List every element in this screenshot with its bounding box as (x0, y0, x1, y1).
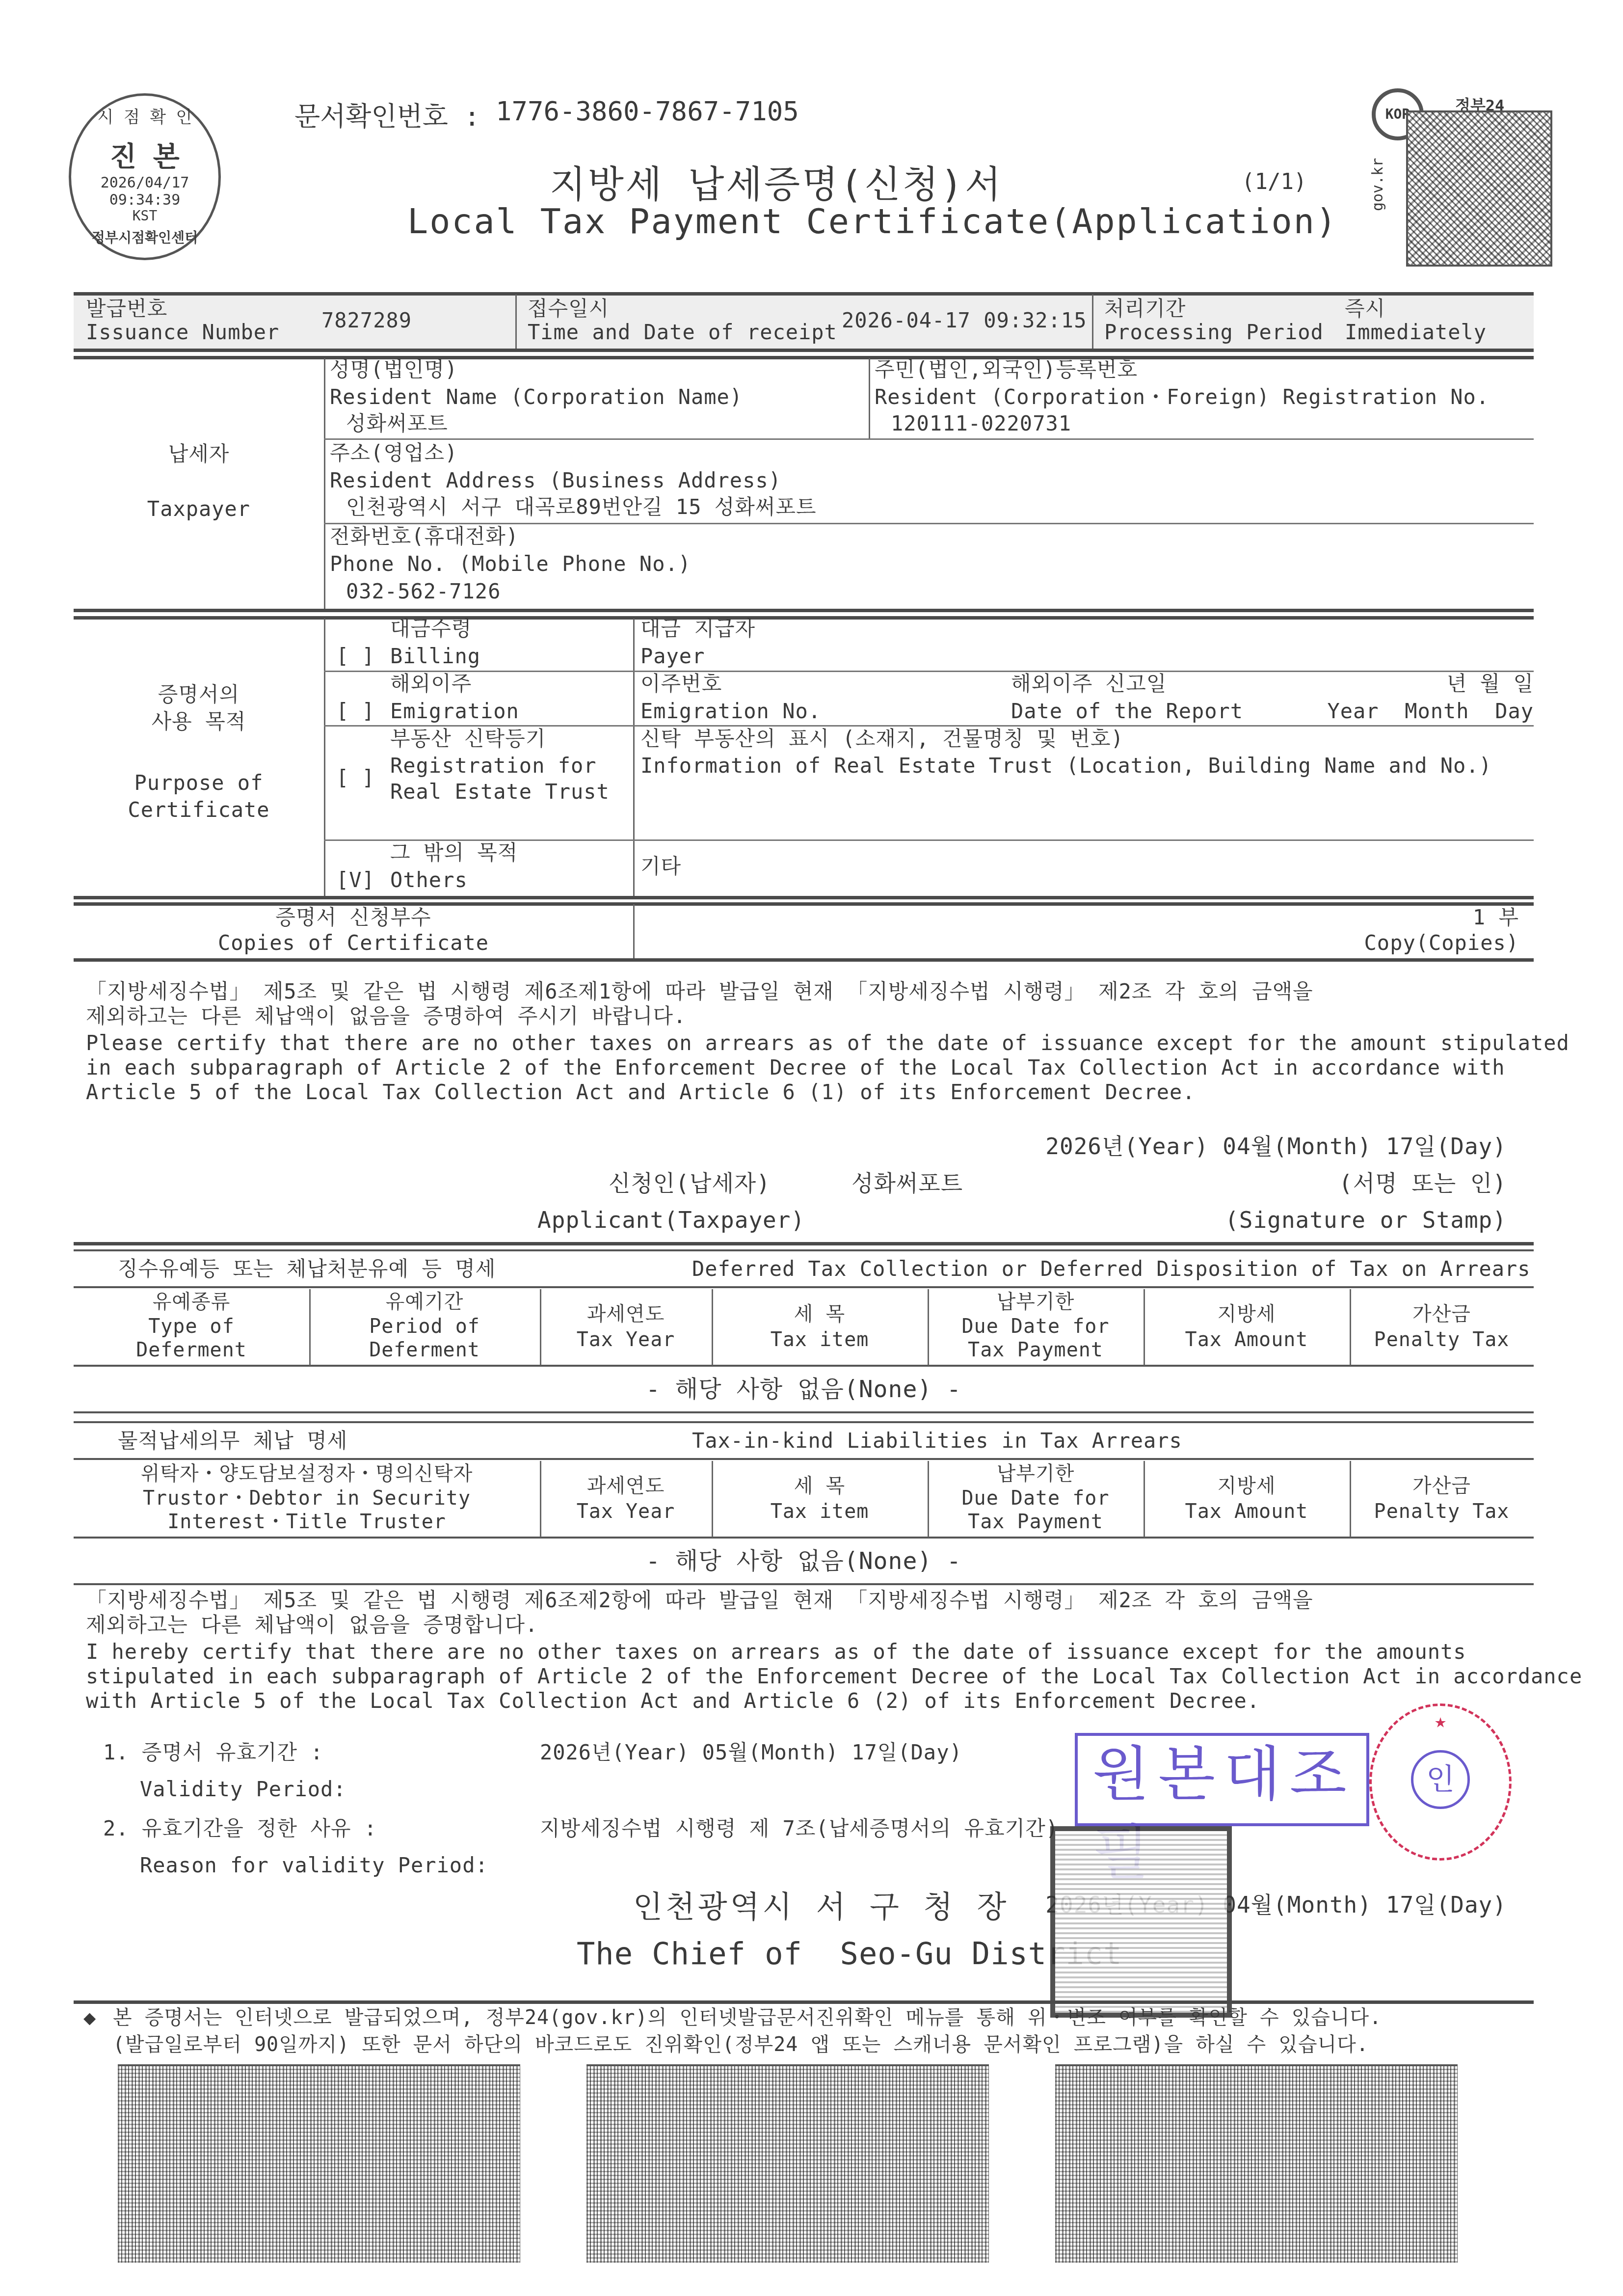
original-verified-stamp: 원본대조필 (1075, 1733, 1369, 1826)
timestamp-seal: 시 점 확 인 진 본 2026/04/17 09:34:39 KST 정부시점… (69, 93, 221, 260)
column-header-ko: 유예기간 (309, 1290, 540, 1314)
purpose-label-ko-2: 사용 목적 (74, 709, 324, 734)
seal-bottom-text: 정부시점확인센터 (71, 227, 218, 247)
copies-label-ko: 증명서 신청부수 (74, 905, 633, 930)
purpose-others-ko: 그 밖의 목적 (390, 840, 518, 865)
regno-label-en: Resident (Corporation・Foreign) Registrat… (875, 385, 1489, 409)
purpose-others-checkbox[interactable]: [V] (336, 868, 375, 892)
taxpayer-label-ko: 납세자 (74, 442, 324, 466)
deferred-title-ko: 징수유예등 또는 체납처분유예 등 명세 (118, 1257, 496, 1281)
title-korean: 지방세 납세증명(신청)서 (550, 155, 1003, 208)
validity-item2-value: 지방세징수법 시행령 제 7조(납세증명서의 유효기간) (540, 1816, 1059, 1841)
column-header-ko: 위탁자・양도담보설정자・명의신탁자 (74, 1461, 540, 1486)
name-label-en: Resident Name (Corporation Name) (330, 385, 743, 409)
purpose-emigration-checkbox[interactable]: [ ] (336, 699, 375, 724)
star-icon: ★ (1372, 1710, 1509, 1732)
divider (324, 619, 325, 896)
column-header-en-2: Tax Payment (928, 1510, 1144, 1534)
ymd-ko: 년 월 일 (1276, 672, 1534, 696)
purpose-trust-en-2: Real Estate Trust (390, 780, 610, 804)
column-header-ko: 가산금 (1350, 1474, 1534, 1498)
request-en-1: Please certify that there are no other t… (86, 1031, 1570, 1055)
column-header-ko: 유예종류 (74, 1290, 309, 1314)
taxpayer-phone: 032-562-7126 (346, 579, 501, 604)
divider (515, 295, 517, 349)
rule (74, 609, 1534, 612)
seal-date: 2026/04/17 (71, 174, 218, 191)
validity-item2-ko: 2. 유효기간을 정한 사유 : (103, 1816, 377, 1841)
rule (324, 438, 1534, 440)
deferred-none: - 해당 사항 없음(None) - (74, 1377, 1534, 1402)
column-header-en-1: Penalty Tax (1350, 1327, 1534, 1352)
issuance-number-label-en: Issuance Number (86, 320, 279, 345)
column-header-en-1: Due Date for (928, 1314, 1144, 1339)
applicant-label-en: Applicant(Taxpayer) (537, 1208, 805, 1232)
column-header-en-1: Tax Amount (1144, 1327, 1350, 1352)
applicant-label-ko: 신청인(납세자) (609, 1171, 771, 1195)
rule (74, 356, 1534, 359)
seal-top-text: 시 점 확 인 (71, 106, 218, 129)
purpose-trust-checkbox[interactable]: [ ] (336, 766, 375, 790)
rule (74, 1242, 1534, 1245)
divider (1092, 295, 1093, 349)
divider (633, 904, 635, 958)
purpose-label-en-1: Purpose of (74, 771, 324, 795)
rule (74, 958, 1534, 962)
rule (74, 1421, 1534, 1423)
column-header-ko: 과세연도 (540, 1474, 712, 1498)
rule (74, 1365, 1534, 1367)
official-red-seal: ★ 인 (1369, 1703, 1512, 1861)
column-header-en-2: Tax Payment (928, 1338, 1144, 1362)
processing-label-ko: 처리기간 (1104, 297, 1186, 321)
rule (74, 1249, 1534, 1251)
emigration-no-ko: 이주번호 (640, 672, 722, 696)
ymd-en: Year Month Day (1276, 699, 1534, 724)
issuer-name-en: The Chief of Seo-Gu District (577, 1942, 1122, 1966)
issuance-number-label-ko: 발급번호 (86, 297, 167, 321)
district-official-seal (1050, 1826, 1232, 2018)
purpose-label-ko-1: 증명서의 (74, 682, 324, 707)
purpose-trust-en-1: Registration for (390, 754, 597, 778)
purpose-emigration-en: Emigration (390, 699, 519, 724)
column-header-en-2: Deferment (74, 1338, 309, 1362)
rule (74, 1458, 1534, 1460)
purpose-billing-checkbox[interactable]: [ ] (336, 644, 375, 669)
receipt-label-ko: 접수일시 (528, 297, 609, 321)
copies-label-en: Copies of Certificate (74, 931, 633, 955)
page-indicator: (1/1) (1242, 169, 1306, 194)
certify-ko-1: 「지방세징수법」 제5조 및 같은 법 시행령 제6조제2항에 따라 발급일 현… (86, 1588, 1313, 1613)
certify-en-1: I hereby certify that there are no other… (86, 1640, 1466, 1664)
regno-label-ko: 주민(법인,외국인)등록번호 (875, 357, 1138, 382)
purpose-others-en: Others (390, 868, 468, 892)
rule (74, 1286, 1534, 1288)
phone-label-en: Phone No. (Mobile Phone No.) (330, 552, 691, 576)
column-header-en-1: Penalty Tax (1350, 1499, 1534, 1524)
billing-detail-en: Payer (640, 644, 705, 669)
receipt-datetime: 2026-04-17 09:32:15 (842, 308, 1087, 333)
request-en-3: Article 5 of the Local Tax Collection Ac… (86, 1080, 1196, 1105)
divider (869, 358, 870, 439)
divider (633, 619, 635, 896)
footer-line-1: 본 증명서는 인터넷으로 발급되었으며, 정부24(gov.kr)의 인터넷발급… (113, 2005, 1382, 2030)
seal-char: 인 (1411, 1750, 1470, 1809)
rule (74, 896, 1534, 899)
rule (74, 1411, 1534, 1413)
barcode-2 (586, 2064, 989, 2263)
column-header-ko: 납부기한 (928, 1461, 1144, 1486)
rule (74, 1583, 1534, 1585)
rule (74, 616, 1534, 620)
report-date-ko: 해외이주 신고일 (1011, 672, 1167, 696)
doc-check-number: 1776-3860-7867-7105 (496, 96, 799, 127)
title-english: Local Tax Payment Certificate(Applicatio… (407, 201, 1338, 242)
column-header-en-1: Tax Year (540, 1499, 712, 1524)
signature-label-en: (Signature or Stamp) (1178, 1208, 1507, 1232)
gov-domain-label: gov.kr (1369, 158, 1386, 211)
rule (74, 349, 1534, 352)
emigration-no-en: Emigration No. (640, 699, 821, 724)
request-ko-1: 「지방세징수법」 제5조 및 같은 법 시행령 제6조제1항에 따라 발급일 현… (86, 979, 1313, 1004)
column-header-en-2: Interest・Title Truster (74, 1510, 540, 1534)
inkind-none: - 해당 사항 없음(None) - (74, 1549, 1534, 1573)
processing-value-en: Immediately (1345, 320, 1487, 345)
certify-en-3: with Article 5 of the Local Tax Collecti… (86, 1689, 1260, 1713)
column-header-en-1: Trustor・Debtor in Security (74, 1486, 540, 1511)
name-label-ko: 성명(법인명) (330, 357, 457, 382)
column-header-ko: 과세연도 (540, 1302, 712, 1326)
validity-item1-value: 2026년(Year) 05월(Month) 17일(Day) (540, 1740, 962, 1765)
purpose-emigration-ko: 해외이주 (390, 672, 472, 696)
purpose-trust-ko: 부동산 신탁등기 (390, 727, 546, 751)
validity-item2-en: Reason for validity Period: (140, 1853, 488, 1878)
column-header-ko: 가산금 (1350, 1302, 1534, 1326)
column-header-ko: 지방세 (1144, 1302, 1350, 1326)
billing-detail-ko: 대금 지급자 (640, 617, 755, 641)
divider (324, 358, 325, 609)
address-label-ko: 주소(영업소) (330, 441, 457, 465)
applicant-name: 성화써포트 (851, 1171, 963, 1195)
seal-tz: KST (71, 208, 218, 224)
column-header-en-1: Tax Year (540, 1327, 712, 1352)
diamond-bullet-icon: ◆ (83, 2005, 96, 2030)
processing-value-ko: 즉시 (1345, 297, 1385, 321)
seal-center-text: 진 본 (71, 135, 218, 174)
issuance-number-value: 7827289 (321, 308, 412, 333)
column-header-en-1: Period of (309, 1314, 540, 1339)
deferred-title-en: Deferred Tax Collection or Deferred Disp… (692, 1257, 1531, 1281)
doc-check-label: 문서확인번호 : (294, 96, 480, 134)
purpose-billing-ko: 대금수령 (390, 617, 472, 641)
column-header-ko: 세 목 (712, 1302, 928, 1326)
column-header-ko: 납부기한 (928, 1290, 1144, 1314)
taxpayer-label-en: Taxpayer (74, 497, 324, 521)
qr-code (1406, 110, 1552, 267)
taxpayer-regno: 120111-0220731 (891, 411, 1071, 436)
column-header-en-1: Tax Amount (1144, 1499, 1350, 1524)
validity-item1-ko: 1. 증명서 유효기간 : (103, 1740, 323, 1765)
column-header-en-1: Due Date for (928, 1486, 1144, 1511)
barcode-3 (1055, 2064, 1458, 2263)
column-header-en-1: Type of (74, 1314, 309, 1339)
validity-item1-en: Validity Period: (140, 1777, 346, 1802)
address-label-en: Resident Address (Business Address) (330, 468, 781, 493)
signature-label-ko: (서명 또는 인) (1227, 1171, 1507, 1195)
seal-time: 09:34:39 (71, 191, 218, 209)
column-header-en-1: Tax item (712, 1327, 928, 1352)
issuer-name-ko: 인천광역시 서 구 청 장 (633, 1895, 1009, 1919)
inkind-title-ko: 물적납세의무 체납 명세 (118, 1429, 347, 1453)
request-ko-2: 제외하고는 다른 체납액이 없음을 증명하여 주시기 바랍니다. (86, 1004, 686, 1028)
purpose-label-en-2: Certificate (74, 798, 324, 822)
barcode-1 (118, 2064, 520, 2263)
footer-line-2: (발급일로부터 90일까지) 또한 문서 하단의 바코드로도 진위확인(정부24… (113, 2032, 1369, 2057)
rule (74, 292, 1534, 296)
phone-label-ko: 전화번호(휴대전화) (330, 524, 519, 549)
purpose-billing-en: Billing (390, 644, 480, 669)
application-date: 2026년(Year) 04월(Month) 17일(Day) (932, 1134, 1507, 1159)
column-header-en-2: Deferment (309, 1338, 540, 1362)
taxpayer-name: 성화써포트 (346, 411, 448, 436)
taxpayer-address: 인천광역시 서구 대곡로89번안길 15 성화써포트 (346, 495, 817, 519)
column-header-en-1: Tax item (712, 1499, 928, 1524)
copies-value-en: Copy(Copies) (638, 931, 1519, 955)
rule (74, 2000, 1534, 2004)
certify-ko-2: 제외하고는 다른 체납액이 없음을 증명합니다. (86, 1613, 538, 1637)
rule (74, 1537, 1534, 1539)
copies-value-ko: 1 부 (638, 905, 1519, 930)
column-header-ko: 지방세 (1144, 1474, 1350, 1498)
column-header-ko: 세 목 (712, 1474, 928, 1498)
report-date-en: Date of the Report (1011, 699, 1243, 724)
others-detail: 기타 (640, 854, 681, 879)
trust-detail-ko: 신탁 부동산의 표시 (소재지, 건물명칭 및 번호) (640, 727, 1124, 751)
trust-detail-en: Information of Real Estate Trust (Locati… (640, 754, 1492, 778)
processing-label-en: Processing Period (1104, 320, 1324, 345)
certify-en-2: stipulated in each subparagraph of Artic… (86, 1664, 1582, 1689)
inkind-title-en: Tax-in-kind Liabilities in Tax Arrears (692, 1429, 1182, 1453)
request-en-2: in each subparagraph of Article 2 of the… (86, 1055, 1505, 1080)
receipt-label-en: Time and Date of receipt (528, 320, 837, 345)
